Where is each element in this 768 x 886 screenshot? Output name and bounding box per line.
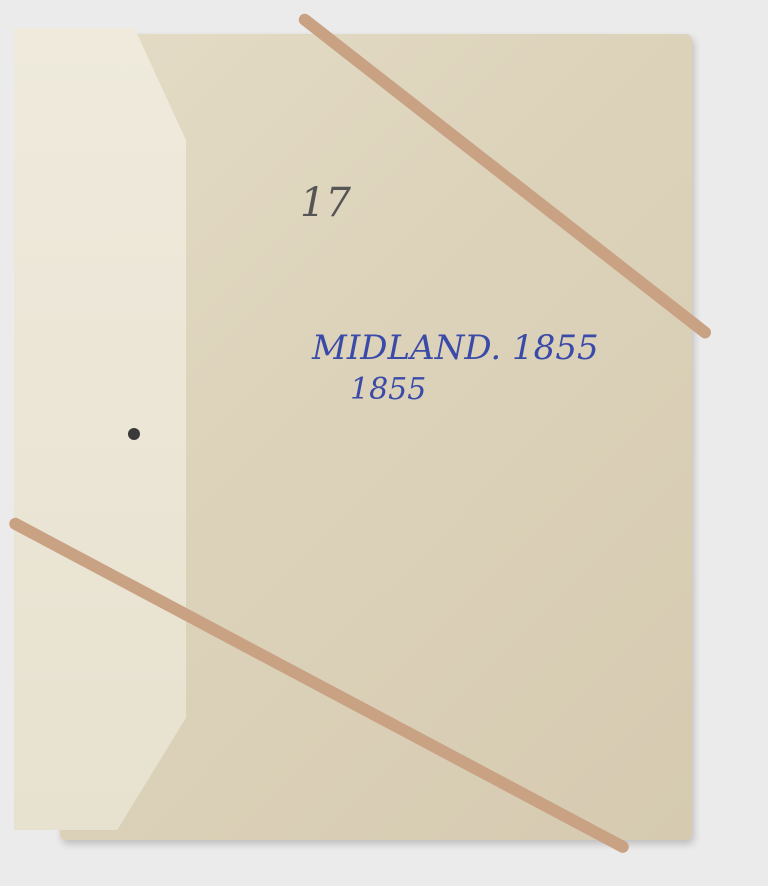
photo-scene: 17 MIDLAND. 1855 1855 [0,0,768,886]
pencil-number: 17 [300,180,351,226]
handwritten-year: 1855 [350,372,426,407]
handwritten-title: MIDLAND. 1855 [312,328,599,368]
tie-hole [128,428,140,440]
wallet-flap [14,28,186,830]
